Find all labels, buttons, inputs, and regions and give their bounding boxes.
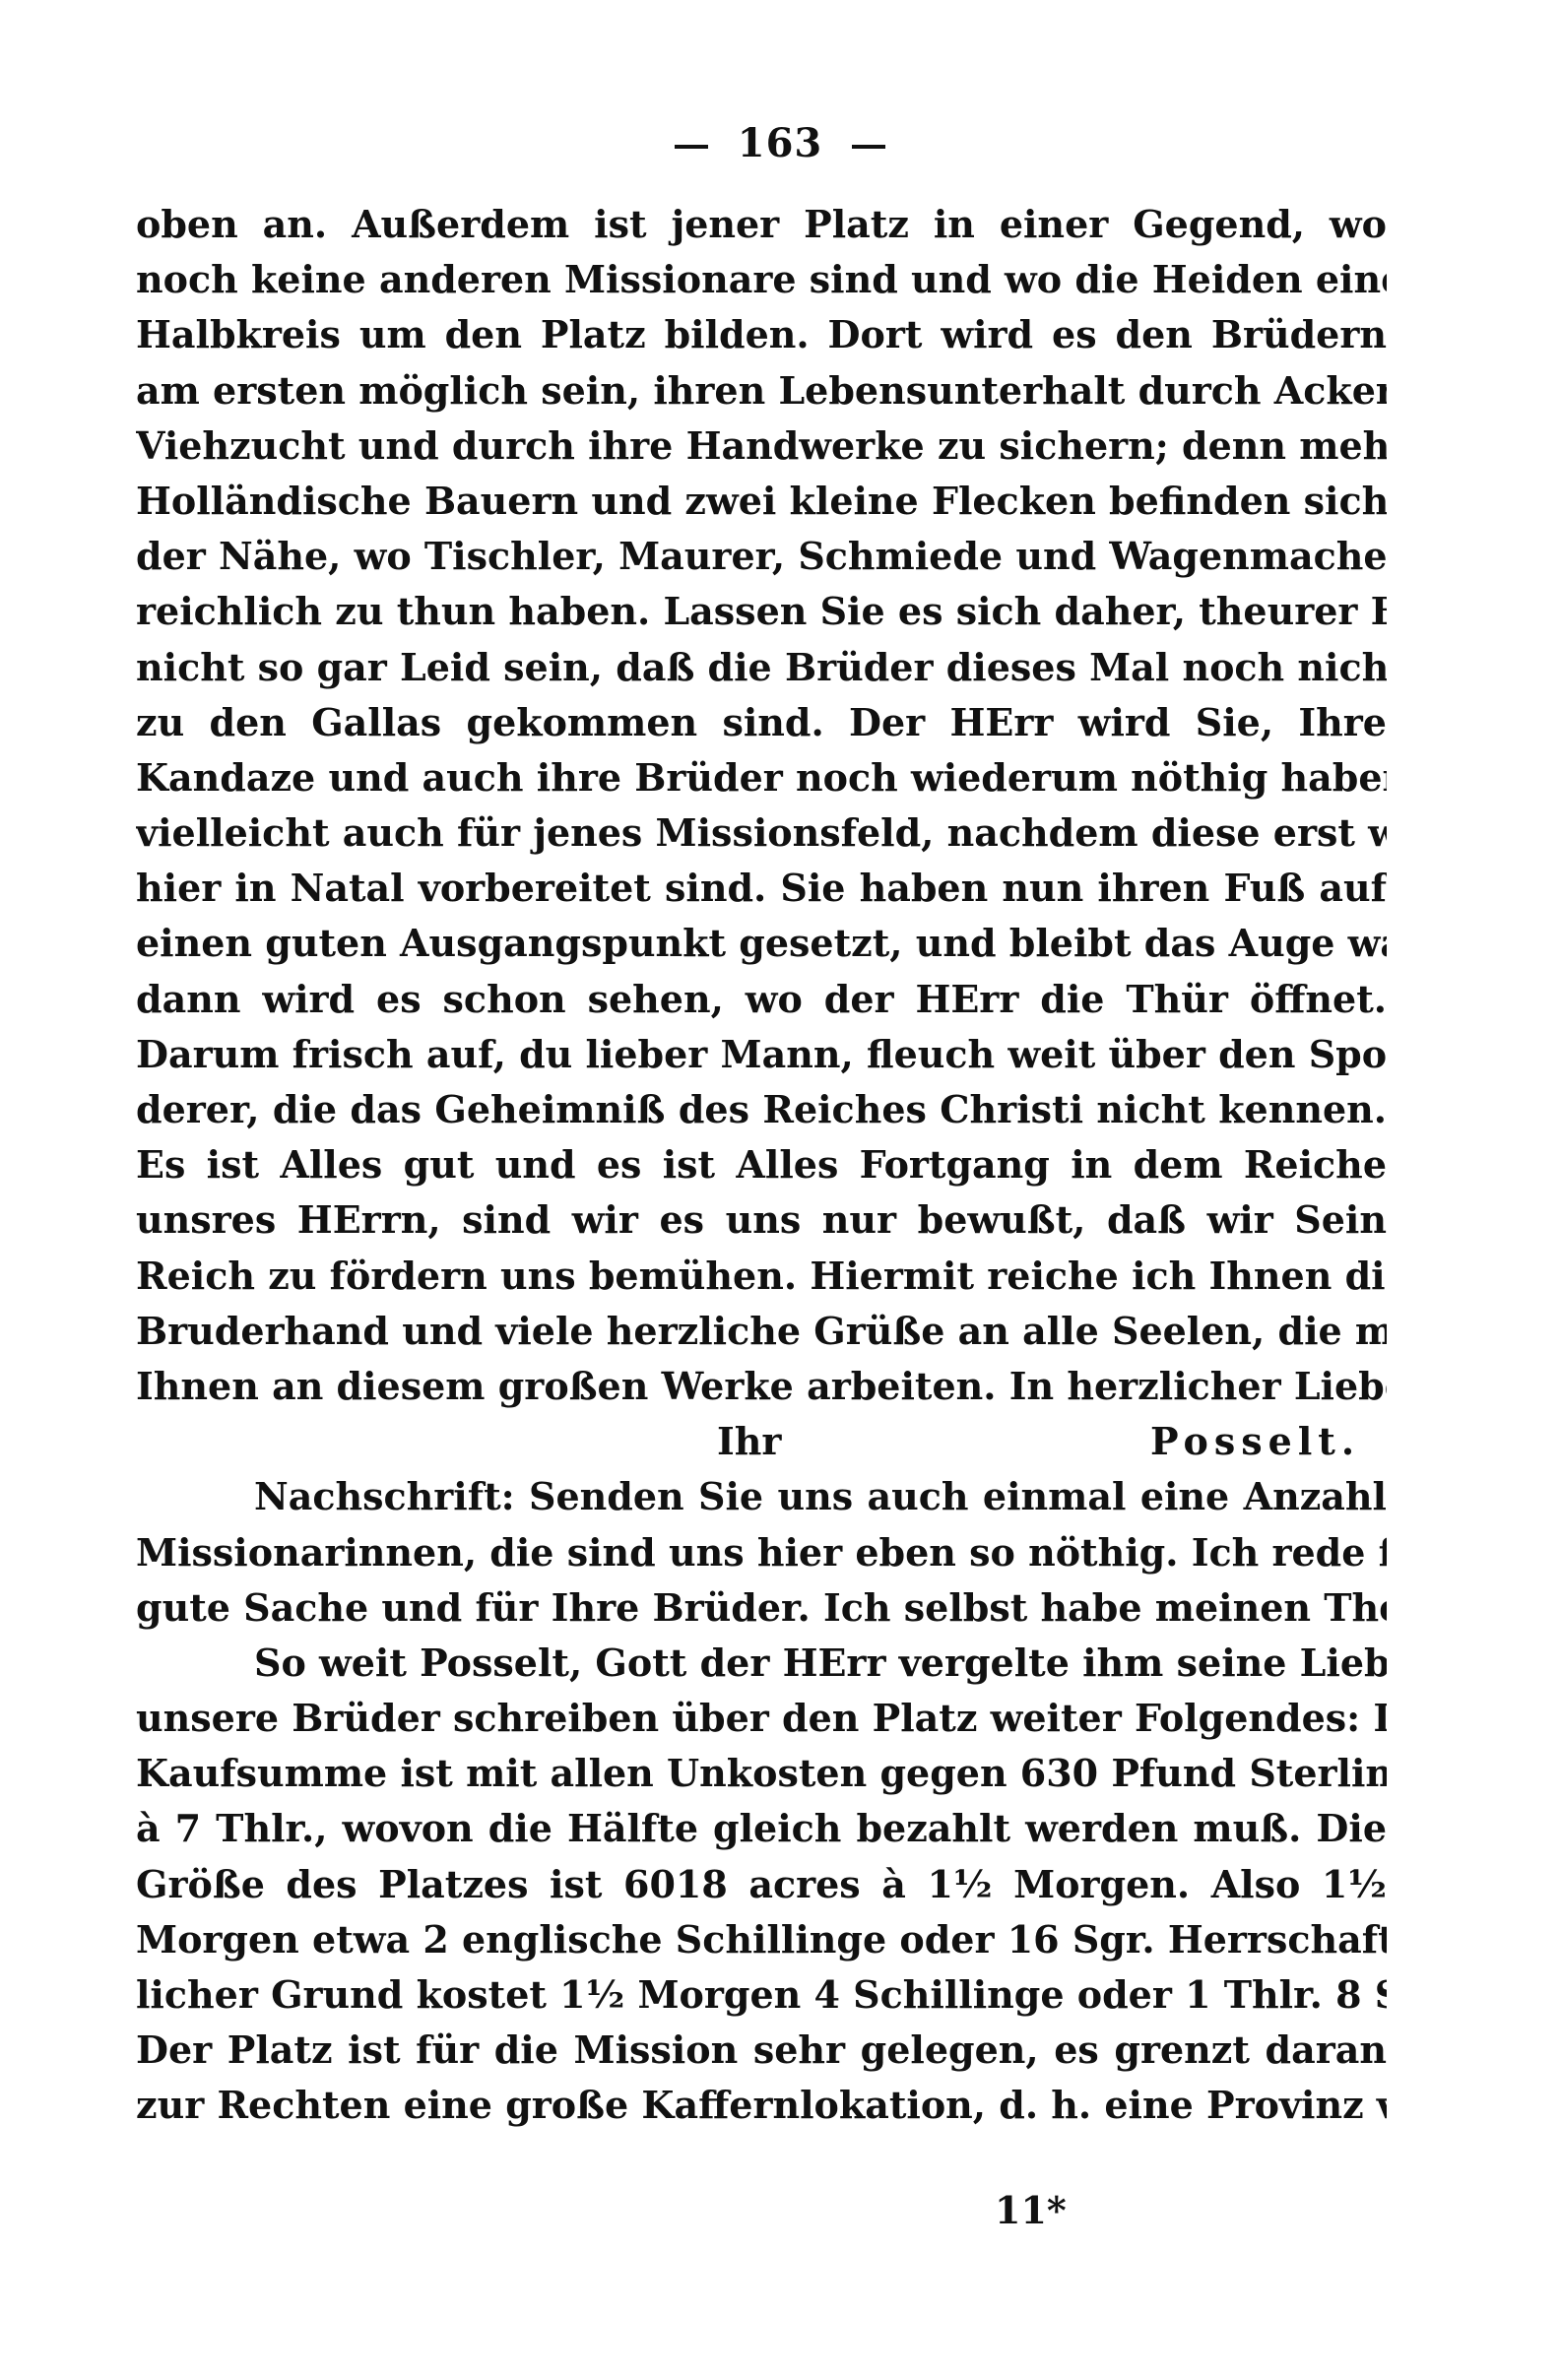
text-line: Ihnen an diesem großen Werke arbeiten. I… [136, 1359, 1387, 1414]
signature-name: Posselt. [1150, 1414, 1360, 1469]
text-line: Bruderhand und viele herzliche Grüße an … [136, 1304, 1387, 1359]
page-number: 163 [738, 120, 823, 166]
text-line: dann wird es schon sehen, wo der HErr di… [136, 972, 1387, 1027]
text-line: zu den Gallas gekommen sind. Der HErr wi… [136, 695, 1387, 750]
text-line: reichlich zu thun haben. Lassen Sie es s… [136, 584, 1387, 639]
text-line: unsere Brüder schreiben über den Platz w… [136, 1691, 1387, 1746]
postscript-line: Missionarinnen, die sind uns hier eben s… [136, 1525, 1387, 1580]
text-line: Kandaze und auch ihre Brüder noch wieder… [136, 750, 1387, 805]
letter-signature: Ihr Posselt. [136, 1414, 1387, 1469]
text-line: der Nähe, wo Tischler, Maurer, Schmiede … [136, 529, 1387, 584]
text-line: einen guten Ausgangspunkt gesetzt, und b… [136, 916, 1387, 971]
text-line: Der Platz ist für die Mission sehr geleg… [136, 2023, 1387, 2078]
text-line: So weit Posselt, Gott der HErr vergelte … [136, 1636, 1387, 1691]
text-line: oben an. Außerdem ist jener Platz in ein… [136, 197, 1387, 252]
text-line: Halbkreis um den Platz bilden. Dort wird… [136, 307, 1387, 362]
text-line: zur Rechten eine große Kaffernlokation, … [136, 2078, 1387, 2133]
text-line: licher Grund kostet 1½ Morgen 4 Schillin… [136, 1967, 1387, 2023]
text-line: Holländische Bauern und zwei kleine Flec… [136, 474, 1387, 529]
text-line: derer, die das Geheimniß des Reiches Chr… [136, 1082, 1387, 1137]
text-line: noch keine anderen Missionare sind und w… [136, 252, 1387, 307]
text-line: Kaufsumme ist mit allen Unkosten gegen 6… [136, 1746, 1387, 1801]
text-line: Es ist Alles gut und es ist Alles Fortga… [136, 1137, 1387, 1192]
text-line: à 7 Thlr., wovon die Hälfte gleich bezah… [136, 1801, 1387, 1856]
postscript-line: gute Sache und für Ihre Brüder. Ich selb… [136, 1580, 1387, 1636]
book-page: 163 oben an. Außerdem ist jener Platz in… [0, 0, 1560, 2380]
signature-closing: Ihr [717, 1414, 781, 1469]
text-line: Morgen etwa 2 englische Schillinge oder … [136, 1912, 1387, 1967]
text-line: Viehzucht und durch ihre Handwerke zu si… [136, 418, 1387, 474]
header-dash-left [675, 145, 708, 149]
body-text: oben an. Außerdem ist jener Platz in ein… [136, 197, 1387, 2134]
text-line: am ersten möglich sein, ihren Lebensunte… [136, 363, 1387, 418]
text-line: nicht so gar Leid sein, daß die Brüder d… [136, 640, 1387, 695]
text-line: Darum frisch auf, du lieber Mann, fleuch… [136, 1027, 1387, 1082]
page-header: 163 [0, 120, 1560, 166]
header-dash-right [852, 145, 885, 149]
printer-signature-mark: 11* [995, 2188, 1067, 2232]
text-line: unsres HErrn, sind wir es uns nur bewußt… [136, 1192, 1387, 1248]
text-line: hier in Natal vorbereitet sind. Sie habe… [136, 861, 1387, 916]
text-line: vielleicht auch für jenes Missionsfeld, … [136, 805, 1387, 861]
text-line: Reich zu fördern uns bemühen. Hiermit re… [136, 1249, 1387, 1304]
postscript-line: Nachschrift: Senden Sie uns auch einmal … [136, 1469, 1387, 1524]
text-line: Größe des Platzes ist 6018 acres à 1½ Mo… [136, 1857, 1387, 1912]
